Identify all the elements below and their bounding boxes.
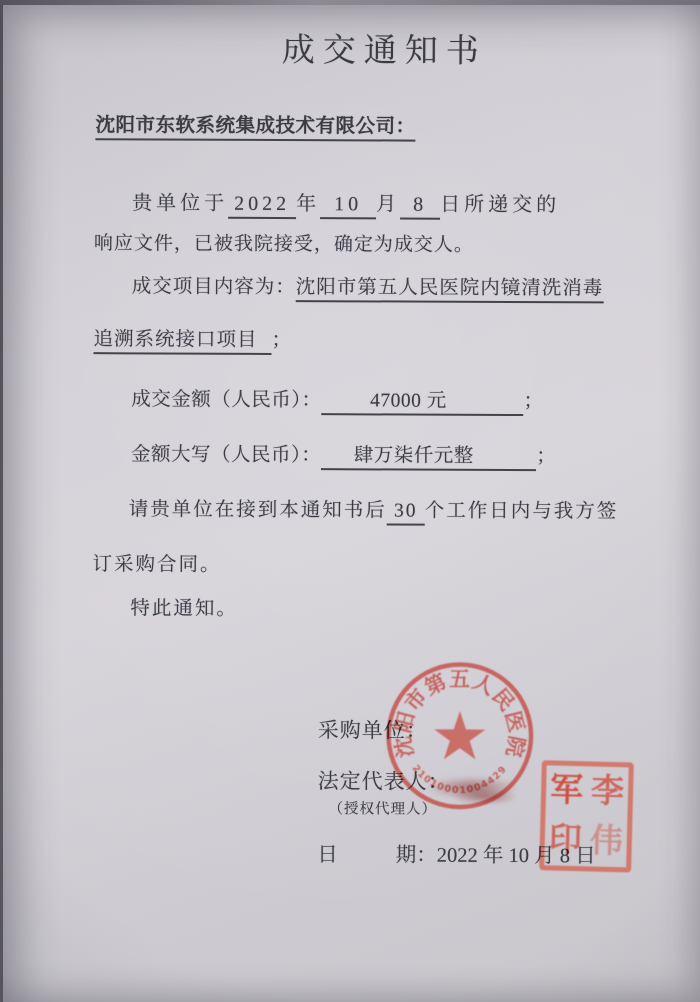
project-name-part1: 沈阳市第五人民医院内镜清洗消毒: [296, 276, 604, 304]
contract-tail: 个工作日内与我方签: [425, 501, 619, 523]
closing-line: 特此通知。: [130, 597, 238, 622]
month-unit: 月: [376, 193, 400, 215]
page-content: 成交通知书 沈阳市东软系统集成技术有限公司： 贵单位于2022年10月8日所递交…: [0, 4, 700, 1002]
official-round-stamp: 沈阳市第五人民医院 21010001004429: [365, 638, 554, 833]
month-fill: 10: [320, 192, 376, 219]
project-line-2: 追溯系统接口项目；: [93, 328, 292, 355]
days-fill: 30: [387, 499, 425, 526]
document-photo: 成交通知书 沈阳市东软系统集成技术有限公司： 贵单位于2022年10月8日所递交…: [0, 0, 700, 1002]
amount-punct: ；: [523, 391, 543, 412]
contract-lead: 请贵单位在接到本通知书后: [129, 499, 387, 521]
seal-char-top-left: 军: [545, 765, 587, 816]
date-char: 日: [317, 844, 338, 866]
amount-value: 47000 元: [321, 389, 523, 416]
year-unit: 年: [296, 193, 320, 215]
submission-line-2: 响应文件，已被我院接受，确定为成交人。: [94, 232, 474, 257]
seal-char-bottom-left: 印: [544, 815, 586, 866]
personal-name-seal: 军 李 印 伟: [539, 760, 634, 872]
stamp-registration-number: 21010001004429: [410, 763, 510, 796]
project-line-1: 成交项目内容为：沈阳市第五人民医院内镜清洗消毒: [132, 275, 604, 303]
recipient-line: 沈阳市东软系统集成技术有限公司：: [95, 114, 415, 142]
day-fill: 8: [400, 193, 440, 220]
contract-line-2: 订采购合同。: [92, 553, 221, 578]
amount-words-line: 金额大写（人民币）：肆万柒仟元整；: [131, 443, 556, 471]
project-label: 成交项目内容为：: [132, 276, 296, 298]
amount-words-label: 金额大写（人民币）：: [131, 444, 321, 466]
amount-label: 成交金额（人民币）：: [131, 389, 321, 411]
amount-line: 成交金额（人民币）：47000 元；: [131, 388, 543, 416]
date-label: 期：: [396, 845, 437, 867]
seal-char-bottom-right: 伟: [585, 816, 627, 867]
recipient-name: 沈阳市东软系统集成技术有限公司：: [95, 114, 415, 142]
project-name-part2: 追溯系统接口项目: [93, 328, 271, 355]
seal-char-top-right: 李: [586, 766, 628, 817]
star-icon: [434, 711, 485, 760]
contract-line-1: 请贵单位在接到本通知书后30个工作日内与我方签: [129, 498, 619, 527]
submission-lead: 贵单位于: [132, 192, 228, 214]
year-fill: 2022: [228, 192, 296, 219]
page-title: 成交通知书: [3, 30, 700, 75]
submission-line-1: 贵单位于2022年10月8日所递交的: [132, 191, 560, 220]
amount-words-value: 肆万柒仟元整: [321, 444, 536, 471]
notice-page: 成交通知书 沈阳市东软系统集成技术有限公司： 贵单位于2022年10月8日所递交…: [3, 5, 700, 1002]
project-punct: ；: [272, 330, 293, 351]
amount-words-punct: ；: [536, 446, 556, 467]
submission-tail: 日所递交的: [440, 194, 560, 217]
